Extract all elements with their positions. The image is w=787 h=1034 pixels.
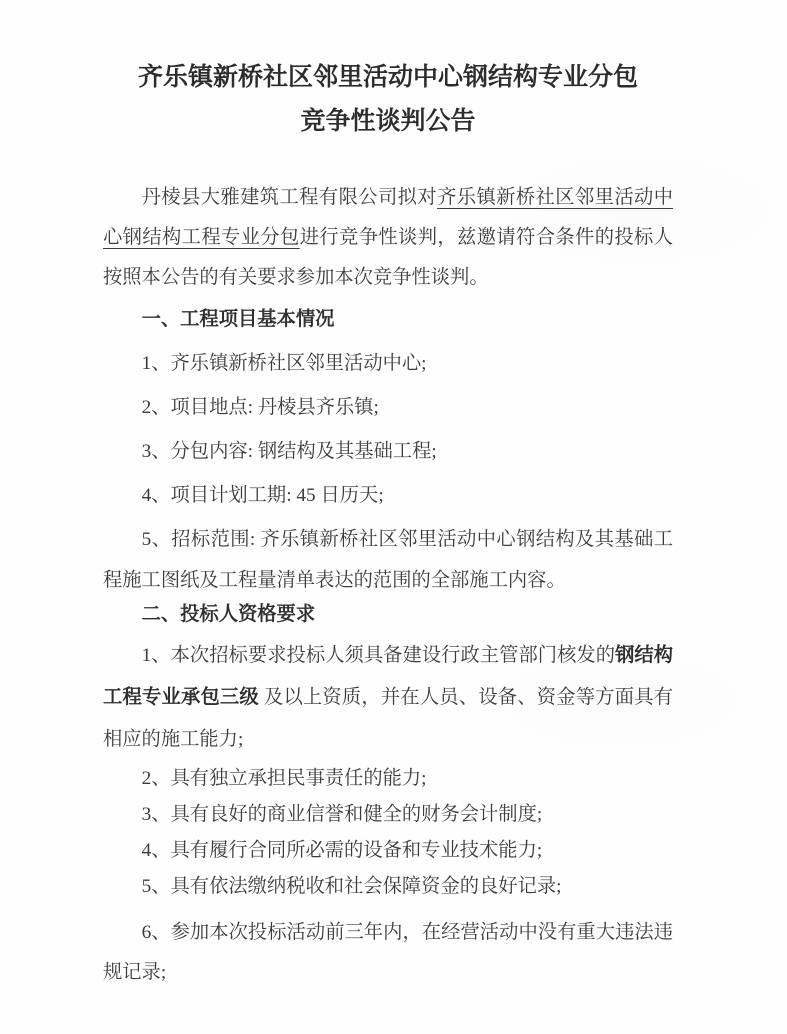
- intro-paragraph: 丹棱县大雅建筑工程有限公司拟对齐乐镇新桥社区邻里活动中心钢结构工程专业分包进行竞…: [103, 178, 673, 298]
- intro-text-pre: 丹棱县大雅建筑工程有限公司拟对: [142, 187, 437, 208]
- section1-item: 2、项目地点: 丹棱县齐乐镇;: [103, 387, 673, 428]
- section1-item: 3、分包内容: 钢结构及其基础工程;: [103, 431, 673, 472]
- section2-item: 2、具有独立承担民事责任的能力;: [103, 761, 673, 797]
- section2-item6: 6、参加本次投标活动前三年内，在经营活动中没有重大违法违规记录;: [103, 913, 673, 993]
- document-title-line2: 竞争性谈判公告: [103, 100, 673, 144]
- section2-item: 3、具有良好的商业信誉和健全的财务会计制度;: [103, 797, 673, 833]
- document-title-line1: 齐乐镇新桥社区邻里活动中心钢结构专业分包: [103, 56, 673, 100]
- section1-heading: 一、工程项目基本情况: [103, 300, 673, 340]
- section1-item: 1、齐乐镇新桥社区邻里活动中心;: [103, 343, 673, 384]
- section2-heading: 二、投标人资格要求: [103, 595, 673, 635]
- section2-item1-pre: 1、本次招标要求投标人须具备建设行政主管部门核发的: [142, 645, 615, 666]
- document-title: 齐乐镇新桥社区邻里活动中心钢结构专业分包 竞争性谈判公告: [103, 56, 673, 144]
- section2-item: 5、具有依法缴纳税收和社会保障资金的良好记录;: [103, 869, 673, 905]
- scanned-document-page: 齐乐镇新桥社区邻里活动中心钢结构专业分包 竞争性谈判公告 丹棱县大雅建筑工程有限…: [0, 0, 787, 1034]
- section2-items: 2、具有独立承担民事责任的能力;3、具有良好的商业信誉和健全的财务会计制度;4、…: [103, 761, 673, 905]
- section1-item: 4、项目计划工期: 45 日历天;: [103, 475, 673, 516]
- section1-item: 5、招标范围: 齐乐镇新桥社区邻里活动中心钢结构及其基础工程施工图纸及工程量清单…: [103, 519, 673, 601]
- section2-item: 4、具有履行合同所必需的设备和专业技术能力;: [103, 833, 673, 869]
- section1-items: 1、齐乐镇新桥社区邻里活动中心;2、项目地点: 丹棱县齐乐镇;3、分包内容: 钢…: [103, 343, 673, 601]
- section2-item1: 1、本次招标要求投标人须具备建设行政主管部门核发的钢结构工程专业承包三级 及以上…: [103, 635, 673, 761]
